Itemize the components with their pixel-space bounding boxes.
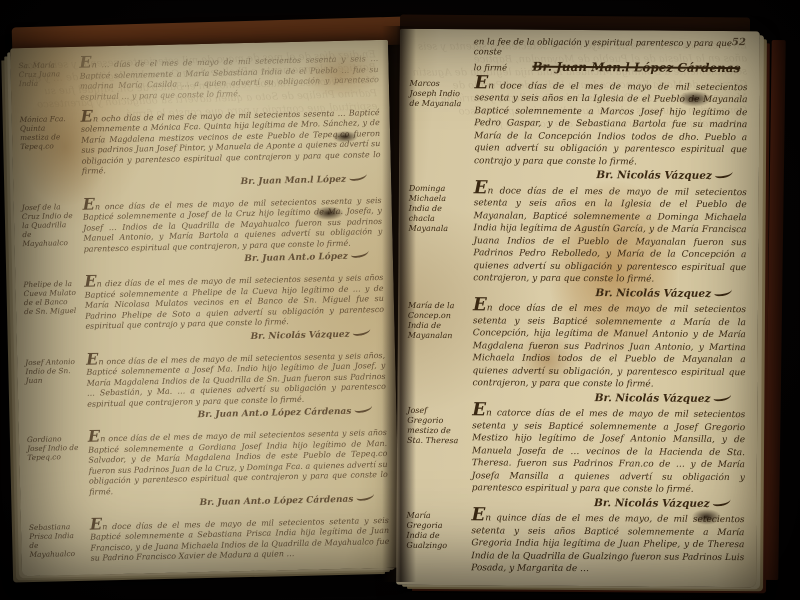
baptism-entry: Marcos Joseph Indio de Mayanala En doce … [409,75,748,182]
left-page: En diez días de el mes de mayo de mil se… [10,40,400,576]
priest-signature: Br. Nicolás Vázquez [472,496,745,510]
signature-rubric [713,391,732,402]
baptism-entry: María Gregoria India de Gualzingo En qui… [406,508,744,577]
priest-signature: Br. Nicolás Vázquez [473,286,746,300]
priest-signature: Br. Juan Man.l López Cárdenas [525,60,748,76]
signature-rubric [354,402,373,413]
entry-body: En diez días de el mes de mayo de mil se… [84,269,384,332]
leather-cover-right-edge [764,40,786,580]
baptism-entry: Josef Antonio Indio de Sn. Juan En once … [25,347,386,425]
margin-note: Sa. María Cruz Juana India [18,57,73,104]
manuscript-photo: En diez días de el mes de mayo de mil se… [0,0,800,600]
signature-rubric [714,286,733,297]
baptism-entry: Dominga Michaela India de chacla Mayanal… [408,181,747,300]
signature-rubric [356,490,375,501]
right-page: En doce días de el mes de mayo de mil se… [396,29,760,587]
margin-note: María Gregoria India de Gualzingo [406,508,464,575]
carryover-text: lo firmé [474,63,507,73]
entry-body: En quince días de el mes de mayo, de mil… [471,509,744,577]
page-number: 52 [732,37,746,48]
entry-body: En once días de el mes de mayo de mil se… [88,424,388,498]
entry-body: En doce días de el mes de mayo de mil se… [474,76,748,169]
margin-note: Josef Gregorio mestizo de Sta. Theresa [407,403,466,508]
priest-signature: Br. Nicolás Vázquez [472,391,745,405]
carryover-text: en la fee de la obligación y espiritual … [474,37,748,59]
margin-note: Josef Antonio Indio de Sn. Juan [25,353,81,424]
entry-body: En catorce días de el mes de mayo de mil… [472,404,746,497]
margin-note: Gordiano Josef Indio de Tepeq.co [27,431,83,512]
entry-body: En once días de el mes de mayo de mil se… [82,192,382,255]
baptism-entry: Josef Gregorio mestizo de Sta. Theresa E… [407,403,746,510]
signature-rubric [712,496,731,507]
entry-body: En ocho días de el mes de mayo de mil se… [80,104,380,178]
carryover-entry-ending: 52 en la fee de la obligación y espiritu… [410,37,748,75]
margin-note: Phelipe de la Cueva Mulato de el Banco d… [23,276,79,347]
baptism-entry: Josef de la Cruz Indio de la Quadrilla d… [22,192,383,270]
entry-body: En doce días de el mes de mayo de mil se… [90,512,390,565]
signature-rubric [348,170,367,181]
signature-rubric [350,248,369,259]
entry-body: En once días de el mes de mayo de mil se… [86,347,386,410]
margin-note: Mónica Fca. Quinta mestiza de Tepeq.co [20,111,76,192]
margin-note: Marcos Joseph Indio de Mayanala [409,75,468,180]
margin-note: Josef de la Cruz Indio de la Quadrilla d… [22,199,78,270]
signature-rubric [352,325,371,336]
right-page-content: 52 en la fee de la obligación y espiritu… [396,29,760,587]
entry-body: En doce días de el mes de mayo de mil se… [472,299,746,392]
baptism-entry: María de la Concep.on India de Mayanalan… [407,298,746,405]
baptism-entry: Gordiano Josef Indio de Tepeq.co En once… [27,424,389,512]
margin-note: María de la Concep.on India de Mayanalan [407,298,466,403]
baptism-entry: Phelipe de la Cueva Mulato de el Banco d… [23,269,384,347]
margin-note: Sebastiana Prisca India de Mayahualco [29,519,84,566]
left-page-content: Sa. María Cruz Juana India En … días de … [10,40,400,576]
baptism-entry: Sebastiana Prisca India de Mayahualco En… [29,512,390,566]
priest-signature: Br. Nicolás Vázquez [474,168,747,182]
entry-body: En … días de el mes de mayo de mil setec… [79,50,379,103]
signature-rubric [714,168,733,179]
margin-note: Dominga Michaela India de chacla Mayanal… [408,181,467,298]
baptism-entry: Sa. María Cruz Juana India En … días de … [18,50,379,104]
entry-body: En doce días de el mes de mayo de mil se… [473,181,747,287]
baptism-entry: Mónica Fca. Quinta mestiza de Tepeq.co E… [20,104,382,192]
